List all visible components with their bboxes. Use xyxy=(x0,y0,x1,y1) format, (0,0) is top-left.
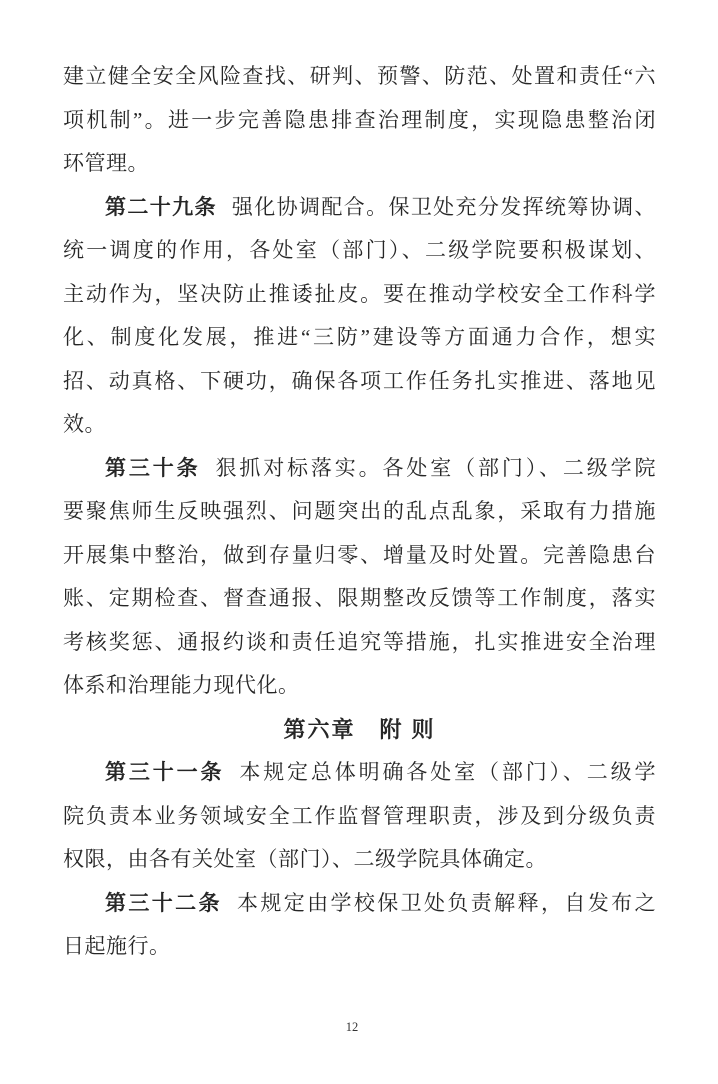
line-text: 主动作为，坚决防止推诿扯皮。要在推动学校安全工作科学 xyxy=(63,282,656,306)
text-line: 第二十九条强化协调配合。保卫处充分发挥统筹协调、 xyxy=(63,186,656,230)
article-number: 第三十一条 xyxy=(105,761,224,784)
text-line: 建立健全安全风险查找、研判、预警、防范、处置和责任“六 xyxy=(63,55,656,99)
text-line: 账、定期检查、督查通报、限期整改反馈等工作制度，落实 xyxy=(63,577,656,621)
article-number: 第三十二条 xyxy=(105,892,222,915)
document-body: 建立健全安全风险查找、研判、预警、防范、处置和责任“六项机制”。进一步完善隐患排… xyxy=(63,55,656,969)
text-line: 环管理。 xyxy=(63,142,656,186)
line-text: 要聚焦师生反映强烈、问题突出的乱点乱象，采取有力措施 xyxy=(63,499,656,523)
text-line: 第三十一条本规定总体明确各处室（部门）、二级学 xyxy=(63,751,656,795)
line-text: 狠抓对标落实。各处室（部门）、二级学院 xyxy=(215,456,656,480)
line-text: 效。 xyxy=(63,412,106,436)
text-line: 考核奖惩、通报约谈和责任追究等措施，扎实推进安全治理 xyxy=(63,621,656,665)
text-line: 统一调度的作用，各处室（部门）、二级学院要积极谋划、 xyxy=(63,229,656,273)
text-line: 体系和治理能力现代化。 xyxy=(63,664,656,708)
line-text: 考核奖惩、通报约谈和责任追究等措施，扎实推进安全治理 xyxy=(63,630,656,654)
text-line: 主动作为，坚决防止推诿扯皮。要在推动学校安全工作科学 xyxy=(63,273,656,317)
line-text: 统一调度的作用，各处室（部门）、二级学院要积极谋划、 xyxy=(63,238,656,262)
text-line: 第三十条狠抓对标落实。各处室（部门）、二级学院 xyxy=(63,447,656,491)
line-text: 开展集中整治，做到存量归零、增量及时处置。完善隐患台 xyxy=(63,543,656,567)
line-text: 账、定期检查、督查通报、限期整改反馈等工作制度，落实 xyxy=(63,586,656,610)
text-line: 要聚焦师生反映强烈、问题突出的乱点乱象，采取有力措施 xyxy=(63,490,656,534)
text-line: 权限，由各有关处室（部门）、二级学院具体确定。 xyxy=(63,838,656,882)
text-line: 开展集中整治，做到存量归零、增量及时处置。完善隐患台 xyxy=(63,534,656,578)
text-line: 第三十二条本规定由学校保卫处负责解释，自发布之 xyxy=(63,882,656,926)
chapter-heading: 第六章 附 则 xyxy=(63,708,656,752)
text-line: 院负责本业务领域安全工作监督管理职责，涉及到分级负责 xyxy=(63,795,656,839)
page-number: 12 xyxy=(346,1020,359,1034)
text-line: 日起施行。 xyxy=(63,925,656,969)
line-text: 环管理。 xyxy=(63,151,149,175)
text-line: 项机制”。进一步完善隐患排查治理制度，实现隐患整治闭 xyxy=(63,99,656,143)
line-text: 权限，由各有关处室（部门）、二级学院具体确定。 xyxy=(63,847,547,871)
line-text: 本规定总体明确各处室（部门）、二级学 xyxy=(239,760,656,784)
line-text: 强化协调配合。保卫处充分发挥统筹协调、 xyxy=(232,195,656,219)
line-text: 体系和治理能力现代化。 xyxy=(63,673,300,697)
text-line: 化、制度化发展，推进“三防”建设等方面通力合作，想实 xyxy=(63,316,656,360)
line-text: 项机制”。进一步完善隐患排查治理制度，实现隐患整治闭 xyxy=(63,108,656,132)
page-footer: 12 xyxy=(0,1017,704,1037)
line-text: 建立健全安全风险查找、研判、预警、防范、处置和责任“六 xyxy=(63,64,656,88)
text-line: 效。 xyxy=(63,403,656,447)
line-text: 本规定由学校保卫处负责解释，自发布之 xyxy=(237,891,656,915)
article-number: 第三十条 xyxy=(105,457,200,480)
line-text: 化、制度化发展，推进“三防”建设等方面通力合作，想实 xyxy=(63,325,656,349)
line-text: 招、动真格、下硬功，确保各项工作任务扎实推进、落地见 xyxy=(63,369,656,393)
document-page: 建立健全安全风险查找、研判、预警、防范、处置和责任“六项机制”。进一步完善隐患排… xyxy=(0,0,718,1084)
line-text: 日起施行。 xyxy=(63,934,171,958)
text-line: 招、动真格、下硬功，确保各项工作任务扎实推进、落地见 xyxy=(63,360,656,404)
line-text: 院负责本业务领域安全工作监督管理职责，涉及到分级负责 xyxy=(63,804,656,828)
article-number: 第二十九条 xyxy=(105,196,217,219)
